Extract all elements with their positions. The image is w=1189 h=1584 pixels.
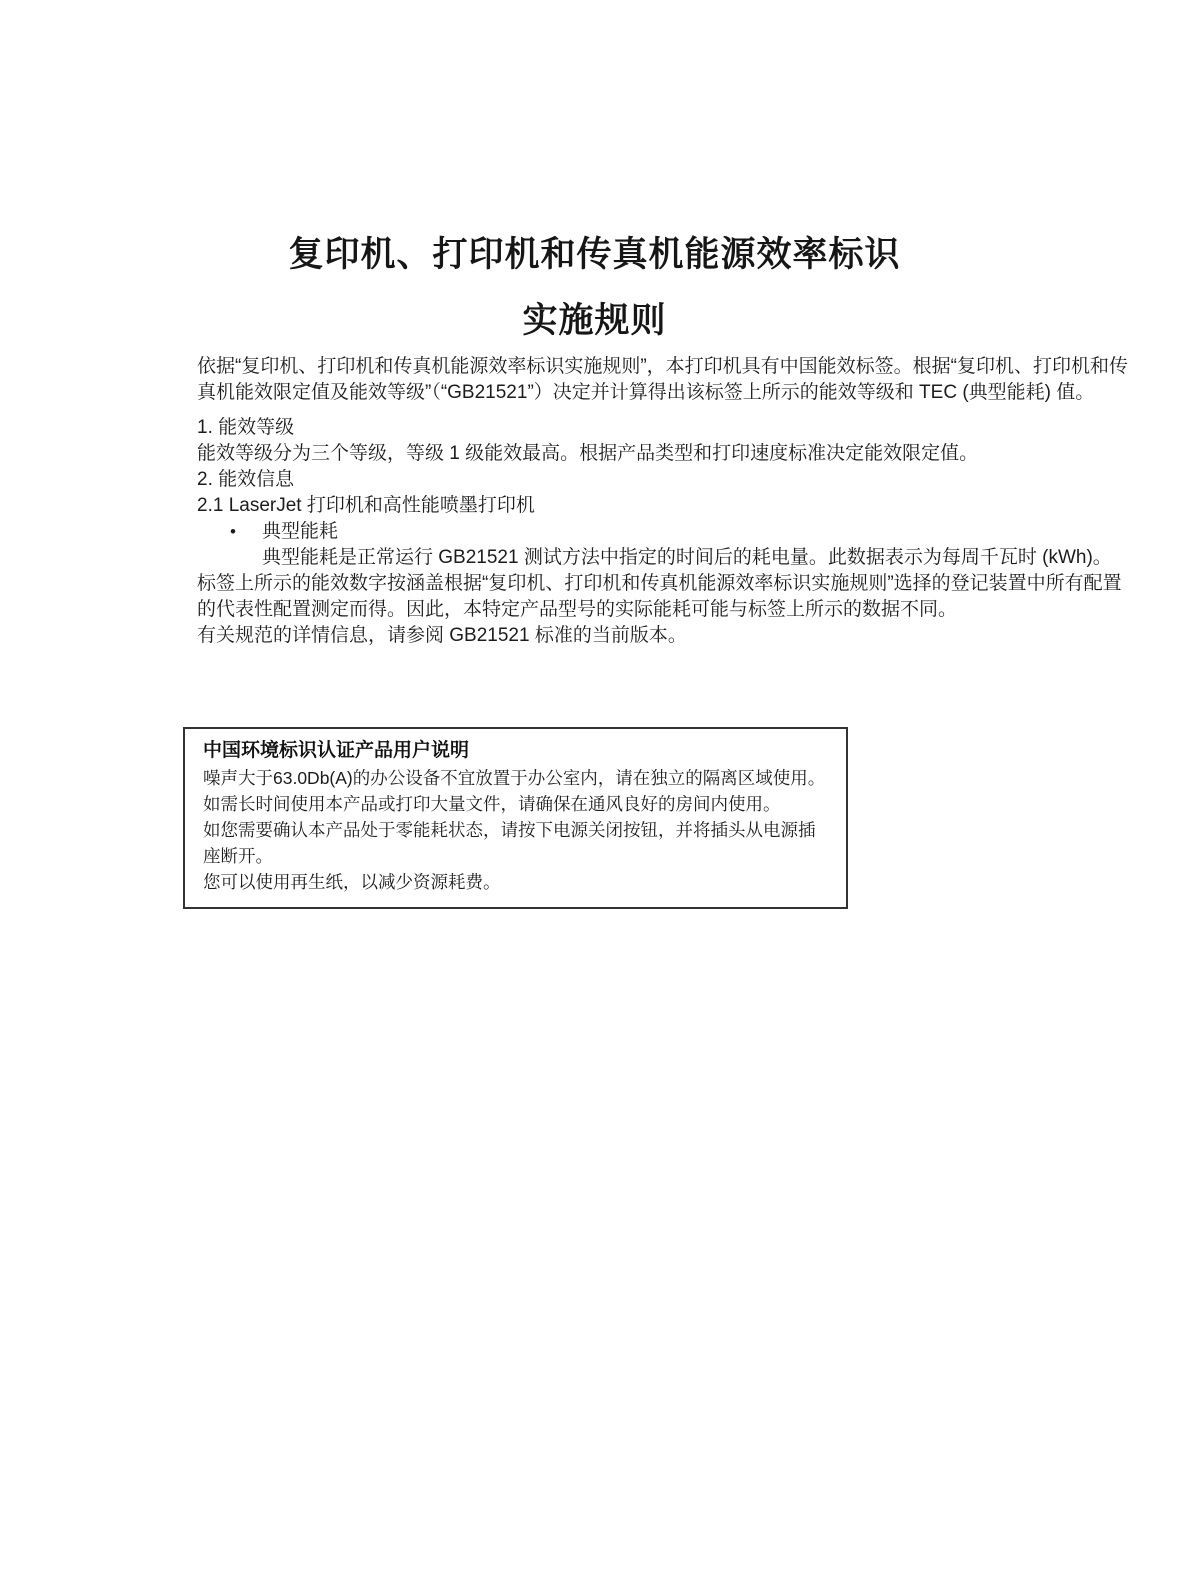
- bullet-item-description: 典型能耗是正常运行 GB21521 测试方法中指定的时间后的耗电量。此数据表示为…: [197, 545, 1140, 571]
- intro-paragraph: 依据“复印机、打印机和传真机能源效率标识实施规则”，本打印机具有中国能效标签。根…: [197, 354, 1140, 406]
- document-body: 依据“复印机、打印机和传真机能源效率标识实施规则”，本打印机具有中国能效标签。根…: [197, 354, 1140, 909]
- bullet-item-typical-energy: • 典型能耗: [197, 519, 1140, 545]
- notice-line-ventilation: 如需长时间使用本产品或打印大量文件，请确保在通风良好的房间内使用。: [203, 791, 830, 817]
- notice-line-recycled-paper: 您可以使用再生纸，以减少资源耗费。: [203, 869, 830, 895]
- section-1-body: 能效等级分为三个等级，等级 1 级能效最高。根据产品类型和打印速度标准决定能效限…: [197, 441, 1140, 467]
- bullet-dot-icon: •: [230, 519, 262, 545]
- section-1-heading: 1. 能效等级: [197, 415, 1140, 441]
- notice-box-title: 中国环境标识认证产品用户说明: [203, 737, 830, 765]
- section-2-heading: 2. 能效信息: [197, 467, 1140, 493]
- document-title-line1: 复印机、打印机和传真机能源效率标识: [0, 222, 1189, 288]
- document-title-line2: 实施规则: [0, 288, 1189, 354]
- china-eco-label-notice-box: 中国环境标识认证产品用户说明 噪声大于63.0Db(A)的办公设备不宜放置于办公…: [183, 727, 848, 909]
- notice-line-noise: 噪声大于63.0Db(A)的办公设备不宜放置于办公室内，请在独立的隔离区域使用。: [203, 765, 830, 791]
- section-2-1-subheading: 2.1 LaserJet 打印机和高性能喷墨打印机: [197, 493, 1140, 519]
- label-coverage-note: 标签上所示的能效数字按涵盖根据“复印机、打印机和传真机能源效率标识实施规则”选择…: [197, 571, 1140, 623]
- document-title: 复印机、打印机和传真机能源效率标识 实施规则: [0, 0, 1189, 354]
- bullet-item-title: 典型能耗: [262, 519, 338, 545]
- document-page: 复印机、打印机和传真机能源效率标识 实施规则 依据“复印机、打印机和传真机能源效…: [0, 0, 1189, 1584]
- specification-reference-note: 有关规范的详情信息，请参阅 GB21521 标准的当前版本。: [197, 623, 1140, 649]
- notice-line-zero-energy: 如您需要确认本产品处于零能耗状态，请按下电源关闭按钮，并将插头从电源插座断开。: [203, 817, 830, 869]
